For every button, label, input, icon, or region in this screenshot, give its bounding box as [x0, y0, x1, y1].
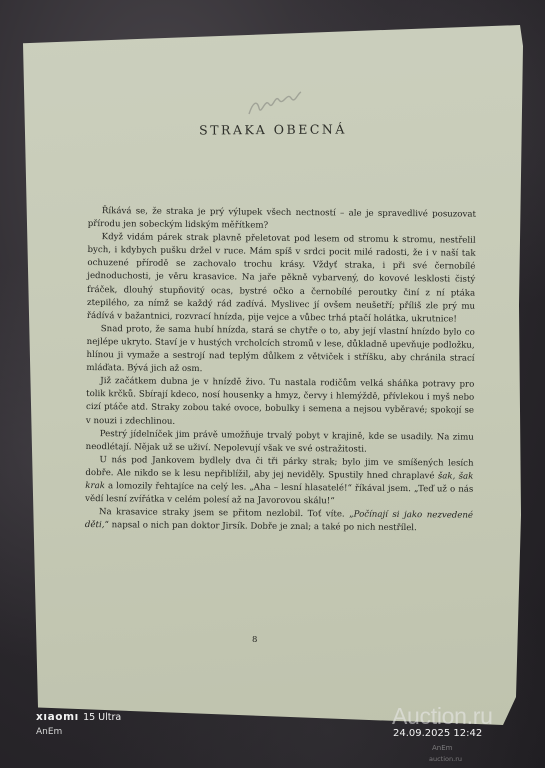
page-number: 8	[252, 635, 257, 645]
paragraph: Pestrý jídelníček jim právě umožňuje trv…	[86, 428, 474, 458]
camera-watermark: xıaomı 15 Ultra	[36, 711, 121, 723]
paragraph: Říkává se, že straka je prý výlupek všec…	[88, 205, 476, 235]
camera-brand: xıaomı	[36, 711, 79, 723]
photographer-name: AnEm	[36, 727, 62, 737]
page-title: STRAKA OBECNÁ	[23, 120, 523, 138]
pencil-annotation-icon	[245, 88, 305, 118]
site-watermark-logo: Auction.ru	[392, 703, 493, 730]
text-run: Na krasavice straky jsem se přitom nezlo…	[99, 507, 354, 519]
paragraph: Když vidám párek strak plavně přeletovat…	[87, 231, 476, 326]
article-body: Říkává se, že straka je prý výlupek všec…	[85, 205, 476, 536]
watermark-site-small: auction.ru	[429, 755, 462, 763]
text-run: “ napsal o nich pan doktor Jirsík. Dobře…	[104, 520, 416, 533]
text-run: a lomozily řehtajíce na celý les. „Aha –…	[85, 481, 473, 506]
paragraph: Na krasavice straky jsem se přitom nezlo…	[85, 506, 473, 536]
camera-model: 15 Ultra	[83, 712, 121, 723]
watermark-author-small: AnEm	[432, 744, 452, 752]
text-run: U nás pod Jankovem bydlely dva či tři pá…	[85, 455, 473, 481]
photo-timestamp: 24.09.2025 12:42	[393, 728, 482, 739]
paragraph: Již začátkem dubna je v hnízdě živo. Tu …	[86, 375, 474, 431]
paragraph: U nás pod Jankovem bydlely dva či tři pá…	[85, 454, 473, 510]
paragraph: Snad proto, že sama hubí hnízda, stará s…	[86, 323, 474, 379]
